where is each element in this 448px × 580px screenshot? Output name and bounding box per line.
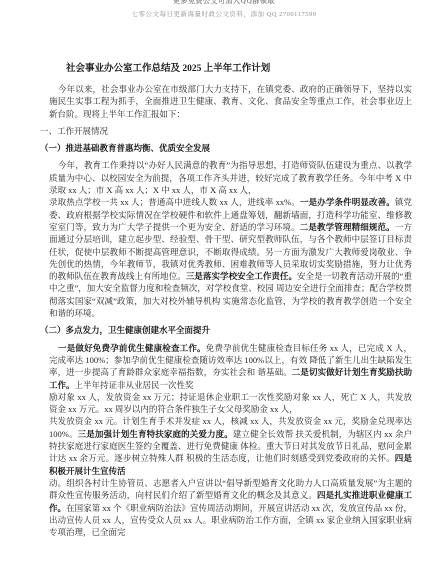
document-body: 今年以来，社会事业办公室在市级部门大力支持下，在镇党委、政府的正确领导下，坚持以… [40, 83, 412, 538]
bold-lead-text: 一是办学条件明显改善。 [300, 197, 395, 207]
document-page: 更多免费公文可加入QQ群领取 七零公文每日更新海量时政公文资料，添加 QQ 27… [0, 0, 448, 580]
body-text: 励对象 xx 人，发放资金 xx 万元；持证退休企业职工一次性奖励对象 xx 人… [49, 392, 412, 414]
bold-lead-text: （一）推进基础教育普惠均衡、优质安全发展 [40, 143, 210, 153]
document-content: 社会事业办公室工作总结及 2025 上半年工作计划 今年以来，社会事业办公室在市… [40, 60, 412, 538]
bold-lead-text: 三是落实学校安全工作责任。 [186, 271, 297, 281]
body-text: 上半年持证非从业居民一次性奖 [75, 380, 194, 390]
health-paragraph-4: 动。组织各村计生协管员、志愿者入户宣讲以“倡导新型婚育文化助力人口高质量发展”为… [49, 477, 412, 538]
body-text: 录取热点学校一共 xx 人；普通高中进线人数 xx 人，进线率 xx%。 [49, 197, 300, 207]
health-paragraph-2: 励对象 xx 人，发放资金 xx 万元；持证退休企业职工一次性奖励对象 xx 人… [49, 391, 412, 416]
body-text: 在国家第 xx 个《职业病防治法》宣传周活动期间，开展宣讲活动 xx 次，发放宣… [49, 503, 412, 538]
health-paragraph-3: 共发放资金 xx 元。计划生育手术并发症 xx 人，核减 xx 人，共发放资金 … [49, 415, 412, 476]
subsection-heading-education: （一）推进基础教育普惠均衡、优质安全发展 [40, 142, 412, 154]
watermark-line-2: 七零公文每日更新海量时政公文资料，添加 QQ 2700117599 [0, 9, 448, 20]
body-text: 今年以来，社会事业办公室在市级部门大力支持下，在镇党委、政府的正确领导下，坚持以… [49, 84, 412, 119]
education-paragraph-2: 录取热点学校一共 xx 人；普通高中进线人数 xx 人，进线率 xx%。一是办学… [49, 196, 412, 319]
bold-lead-text: 一是做好免费孕前优生健康检查工作。 [58, 343, 206, 353]
watermark-line-1: 更多免费公文可加入QQ群领取 [0, 0, 448, 7]
bold-lead-text: 三是加强计划生育特扶家庭的关爱力度。 [78, 429, 233, 439]
document-title: 社会事业办公室工作总结及 2025 上半年工作计划 [40, 60, 412, 74]
education-paragraph-1: 今年，教育工作秉持以“办好人民满意的教育”为指导思想，打造师资队伍建设为重点、以… [49, 159, 412, 196]
body-text: 一、工作开展情况 [40, 126, 108, 136]
section-heading-1: 一、工作开展情况 [40, 125, 412, 137]
subsection-heading-health: （二）多点发力，卫生健康创建水平全面提升 [40, 324, 412, 336]
bold-lead-text: （二）多点发力，卫生健康创建水平全面提升 [40, 325, 210, 335]
bold-lead-text: 二是教学管理精细规范。 [300, 222, 395, 232]
body-text: 今年，教育工作秉持以“办好人民满意的教育”为指导思想，打造师资队伍建设为重点、以… [49, 160, 412, 195]
intro-paragraph: 今年以来，社会事业办公室在市级部门大力支持下，在镇党委、政府的正确领导下，坚持以… [49, 83, 412, 120]
watermark-header: 更多免费公文可加入QQ群领取 七零公文每日更新海量时政公文资料，添加 QQ 27… [0, 0, 448, 20]
health-paragraph-1: 一是做好免费孕前优生健康检查工作。免费孕前优生健康检查目标任务 xx 人，已完成… [49, 342, 412, 391]
